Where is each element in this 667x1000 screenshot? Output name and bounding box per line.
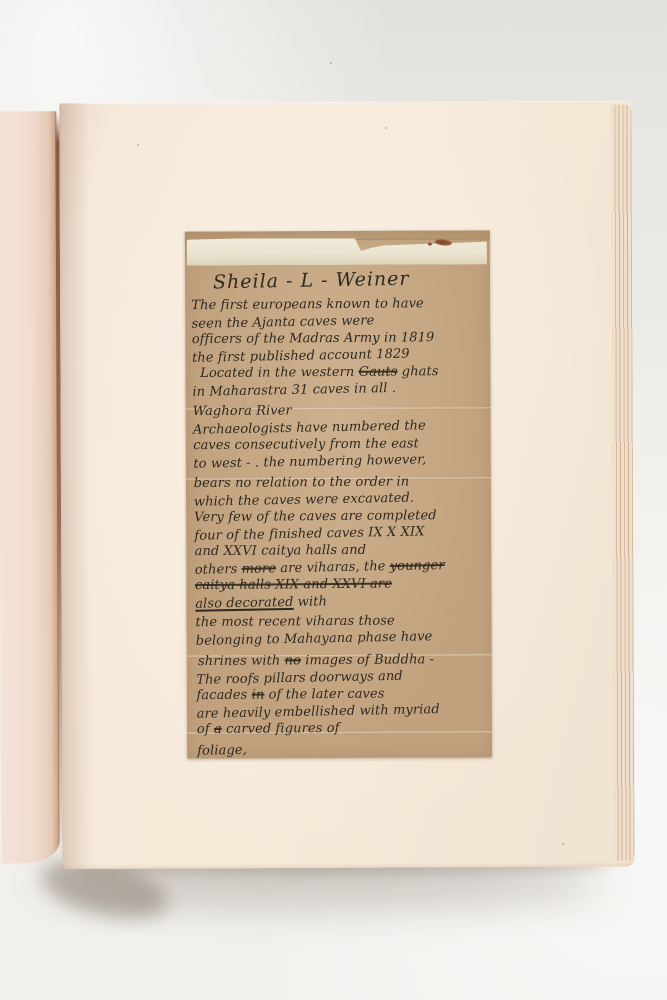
dust-speck	[330, 62, 332, 64]
handwriting-segment: carved figures of	[222, 721, 340, 737]
handwriting-segment: in Maharastra 31 caves in all .	[192, 381, 396, 400]
photo-of-open-book: Sheila - L - WeinerThe first europeans k…	[0, 0, 667, 1000]
dust-speck	[137, 144, 139, 146]
pasted-note: Sheila - L - WeinerThe first europeans k…	[185, 230, 492, 758]
handwriting-segment: The first europeans known to have	[191, 296, 424, 313]
left-page	[0, 111, 60, 863]
handwriting-segment: with	[293, 594, 327, 610]
handwriting-line: foliage,	[197, 737, 489, 760]
handwriting-segment: facades	[196, 688, 251, 703]
handwriting-segment: are viharas, the	[276, 559, 390, 576]
handwriting-segment: in	[252, 688, 265, 703]
handwriting-segment: also decorated	[195, 595, 294, 612]
handwriting-segment: Gauts	[359, 364, 398, 379]
handwriting-segment: no	[285, 653, 302, 668]
handwriting-line: of a carved figures of	[197, 719, 489, 738]
handwriting-segment: to west - . the numbering however,	[193, 452, 426, 471]
handwriting-segment: shrines with	[198, 653, 285, 669]
handwriting-segment: Very few of the caves are completed	[194, 508, 437, 525]
dust-speck	[562, 843, 564, 845]
paper-stain-dot	[428, 243, 432, 246]
handwriting-segment: ghats	[397, 364, 438, 379]
handwriting-segment: foliage,	[197, 743, 247, 759]
dust-speck	[385, 127, 387, 129]
handwriting-segment: of	[197, 722, 214, 737]
open-book: Sheila - L - WeinerThe first europeans k…	[0, 0, 667, 1000]
handwriting-segment: the most recent viharas those	[195, 614, 394, 631]
handwriting-segment: Located in the western	[200, 365, 359, 381]
handwriting-segment: more	[241, 561, 276, 577]
handwriting-segment: of the later caves	[264, 687, 384, 703]
handwriting-segment: images of Buddha -	[301, 652, 434, 668]
dust-speck	[225, 475, 227, 477]
handwriting-segment: a	[214, 722, 222, 737]
handwriting-segment: caves consecutively from the east	[193, 436, 419, 453]
handwriting-segment: others	[195, 562, 242, 578]
page-edge-stack	[611, 105, 634, 861]
handwriting-segment: younger	[390, 558, 445, 574]
note-heading: Sheila - L - Weiner	[213, 264, 483, 295]
handwriting-text: Sheila - L - WeinerThe first europeans k…	[191, 265, 489, 759]
handwriting-segment: and XXVI caitya halls and	[195, 543, 367, 559]
handwriting-segment: belonging to Mahayana phase have	[196, 629, 433, 649]
handwriting-segment: Waghora River	[193, 403, 292, 419]
handwriting-segment: caitya halls XIX and XXVI are	[195, 577, 392, 594]
handwriting-segment: officers of the Madras Army in 1819	[192, 330, 435, 347]
handwriting-segment: Sheila - L - Weiner	[213, 268, 410, 294]
